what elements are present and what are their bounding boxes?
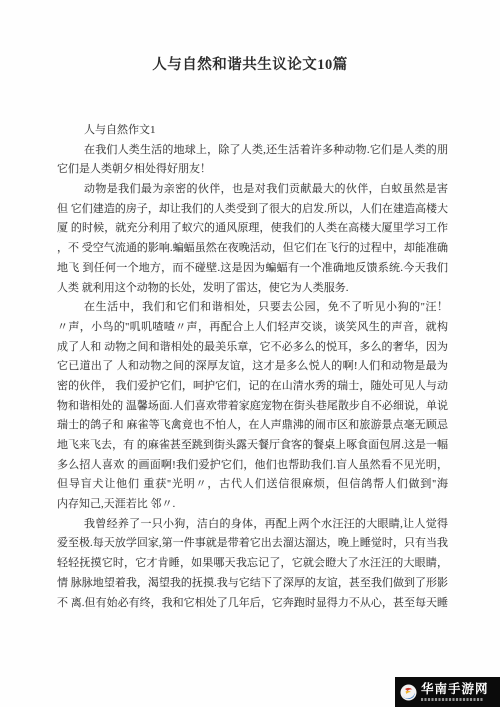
text-line: 轻轻抚摸它时，它才肯睡，如果哪天我忘记了，它就会瞪大了水汪汪的大眼睛， 含 bbox=[57, 554, 448, 574]
text-line: 地飞来飞去，有 的麻雀甚至跳到街头露天餐厅食客的餐桌上啄食面包屑.这是一幅 bbox=[57, 436, 448, 456]
text-line: 瑞士的鸽子和 麻雀等飞禽竟也不怕人，在人声鼎沸的闹市区和旅游景点毫无顾忌 bbox=[57, 416, 448, 436]
document-title: 人与自然和谐共生议论文10篇 bbox=[0, 53, 500, 74]
text-line: 但导盲犬让他们 重获''光明〃，古代人们送信很麻烦，但信鸽帮人们做到''海 bbox=[57, 475, 448, 495]
text-line: 密的伙伴， 我们爱护它们，呵护它们，记的在山清水秀的瑞士，随处可见人与动 bbox=[57, 377, 448, 397]
text-line: 在我们人类生活的地球上，除了人类,还生活着许多种动物.它们是人类的朋友, bbox=[57, 141, 448, 161]
text-line: 人与自然作文1 bbox=[57, 121, 448, 141]
watermark-badge: 华南手游网 bbox=[395, 677, 500, 707]
text-line: 情 脉脉地望着我，渴望我的抚摸.我与它结下了深厚的友谊，甚至我们做到了形影 bbox=[57, 574, 448, 594]
text-line: 爱至极.每天放学回家,第一件事就是带着它出去溜达溜达，晚上睡觉时，只有当我 bbox=[57, 534, 448, 554]
text-line: ，不 受空气流通的影响.蝙蝠虽然在夜晚活动，但它们在飞行的过程中，却能准确 bbox=[57, 239, 448, 259]
text-line: 〃声，小鸟的''叽叽喳喳〃声，再配合上人们轻声交谈，谈笑风生的声音，就构 bbox=[57, 318, 448, 338]
text-line: 内存知己,天涯若比 邻〃. bbox=[57, 495, 448, 515]
watermark-site-name: 华南手游网 bbox=[421, 683, 489, 696]
document-body: 人与自然作文1在我们人类生活的地球上，除了人类,还生活着许多种动物.它们是人类的… bbox=[57, 121, 448, 613]
text-line: 但 它们建造的房子，却让我们的人类受到了很大的启发.所以，人们在建造高楼大 bbox=[57, 200, 448, 220]
document-page: 人与自然和谐共生议论文10篇 人与自然作文1在我们人类生活的地球上，除了人类,还… bbox=[0, 0, 500, 707]
text-line: 人类 就利用这个动物的长处，发明了雷达，使它为人类服务. bbox=[57, 279, 448, 299]
text-line: 我曾经养了一只小狗，洁白的身体，再配上两个水汪汪的大眼睛,让人觉得它可 bbox=[57, 515, 448, 535]
text-line: 厦 的时候，就充分利用了蚁穴的通风原理，使我们的人类在高楼大厦里学习工作 bbox=[57, 219, 448, 239]
text-line: 成了人和 动物之间和谐相处的最美乐章，它不必多么的悦耳，多么的奢华，因为 bbox=[57, 338, 448, 358]
text-line: 它们是人类朝夕相处得好朋友！ bbox=[57, 160, 448, 180]
text-line: 动物是我们最为亲密的伙伴，也是对我们贡献最大的伙伴，白蚁虽然是害虫, bbox=[57, 180, 448, 200]
text-line: 物和谐相处的 温馨场面.人们喜欢带着家庭宠物在街头巷尾散步自不必细说，单说 bbox=[57, 397, 448, 417]
text-line: 它已道出了 人和动物之间的深厚友谊，这才是多么悦人的啊!人们和动物是最为亲 bbox=[57, 357, 448, 377]
text-line: 在生活中，我们和它们和谐相处，只要去公园，免不了听见小狗的''汪！汪！ bbox=[57, 298, 448, 318]
watermark-url-text bbox=[421, 698, 483, 701]
text-line: 多么招人喜欢 的画面啊!我们爱护它们，他们也帮助我们.盲人虽然看不见光明， bbox=[57, 456, 448, 476]
text-line: 地飞 到任何一个地方，而不碰壁.这是因为蝙蝠有一个准确地反馈系统.今天我们 bbox=[57, 259, 448, 279]
text-line: 不 离.但有始必有终，我和它相处了几年后，它奔跑时显得力不从心，甚至每天睡 bbox=[57, 594, 448, 614]
swirl-bird-icon bbox=[400, 684, 417, 701]
